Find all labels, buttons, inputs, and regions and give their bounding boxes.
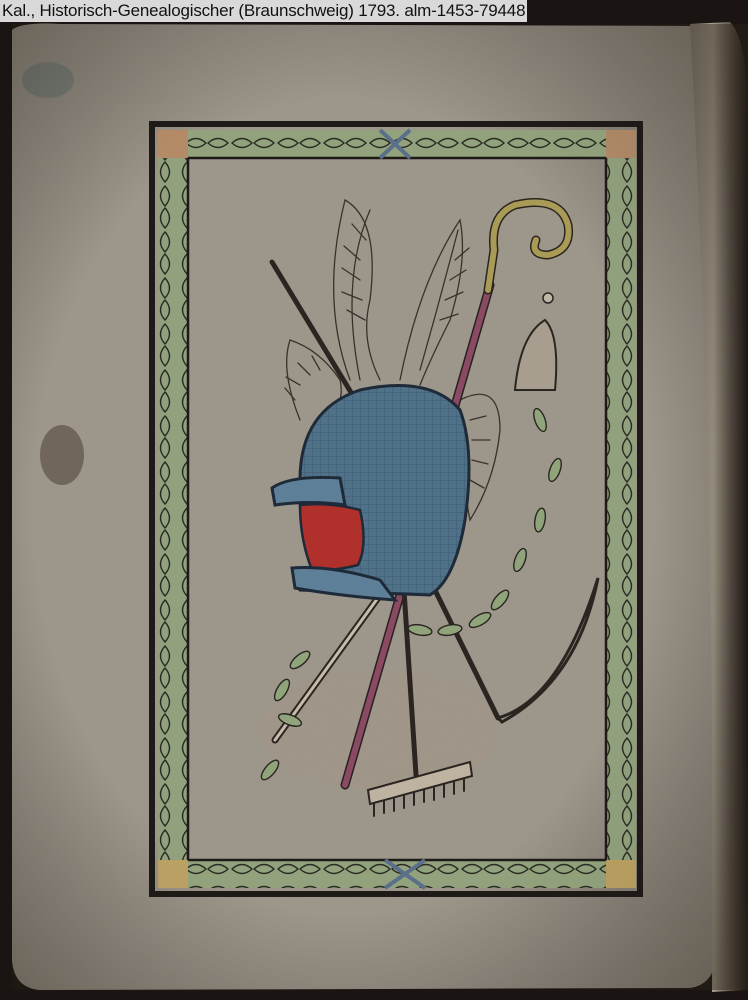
almanac-cover-photo: [0, 0, 748, 1000]
image-caption: Kal., Historisch-Genealogischer (Braunsc…: [0, 0, 527, 22]
